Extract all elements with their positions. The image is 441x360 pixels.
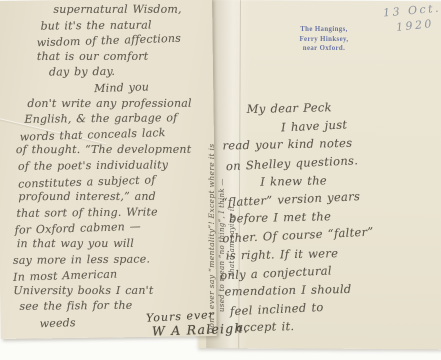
handwritten-line: Don't ever say “mentality”! Except where… (207, 84, 217, 334)
handwritten-line: used to mean “no thing”, I think — (217, 84, 227, 312)
letter-scan: The Hangings, Ferry Hinksey, near Oxford… (0, 0, 441, 360)
letterhead-line: Ferry Hinksey, (287, 35, 361, 45)
handwritten-line: that I am saying it. (227, 84, 237, 276)
handwritten-line: University books I can't (13, 283, 193, 299)
handwritten-line: Mind you (94, 78, 192, 97)
printed-letterhead: The Hangings, Ferry Hinksey, near Oxford… (287, 25, 361, 54)
right-page-body: My dear Peck I have just read your kind … (217, 97, 376, 337)
marginal-note-vertical: Don't ever say “mentality”! Except where… (207, 84, 237, 334)
handwritten-line: of thought. “The development (16, 142, 192, 158)
handwritten-line: supernatural Wisdom, (53, 2, 190, 18)
letterhead-line: The Hangings, (287, 25, 361, 35)
letterhead-line: near Oxford. (287, 44, 361, 54)
handwritten-line: profound interest,” and (18, 189, 192, 205)
handwritten-line: in that way you will (17, 236, 193, 252)
handwritten-line: don't write any professional (27, 95, 191, 111)
handwritten-line: that is our comfort (37, 49, 191, 65)
left-page-body: supernatural Wisdom, but it's the natura… (8, 1, 194, 330)
